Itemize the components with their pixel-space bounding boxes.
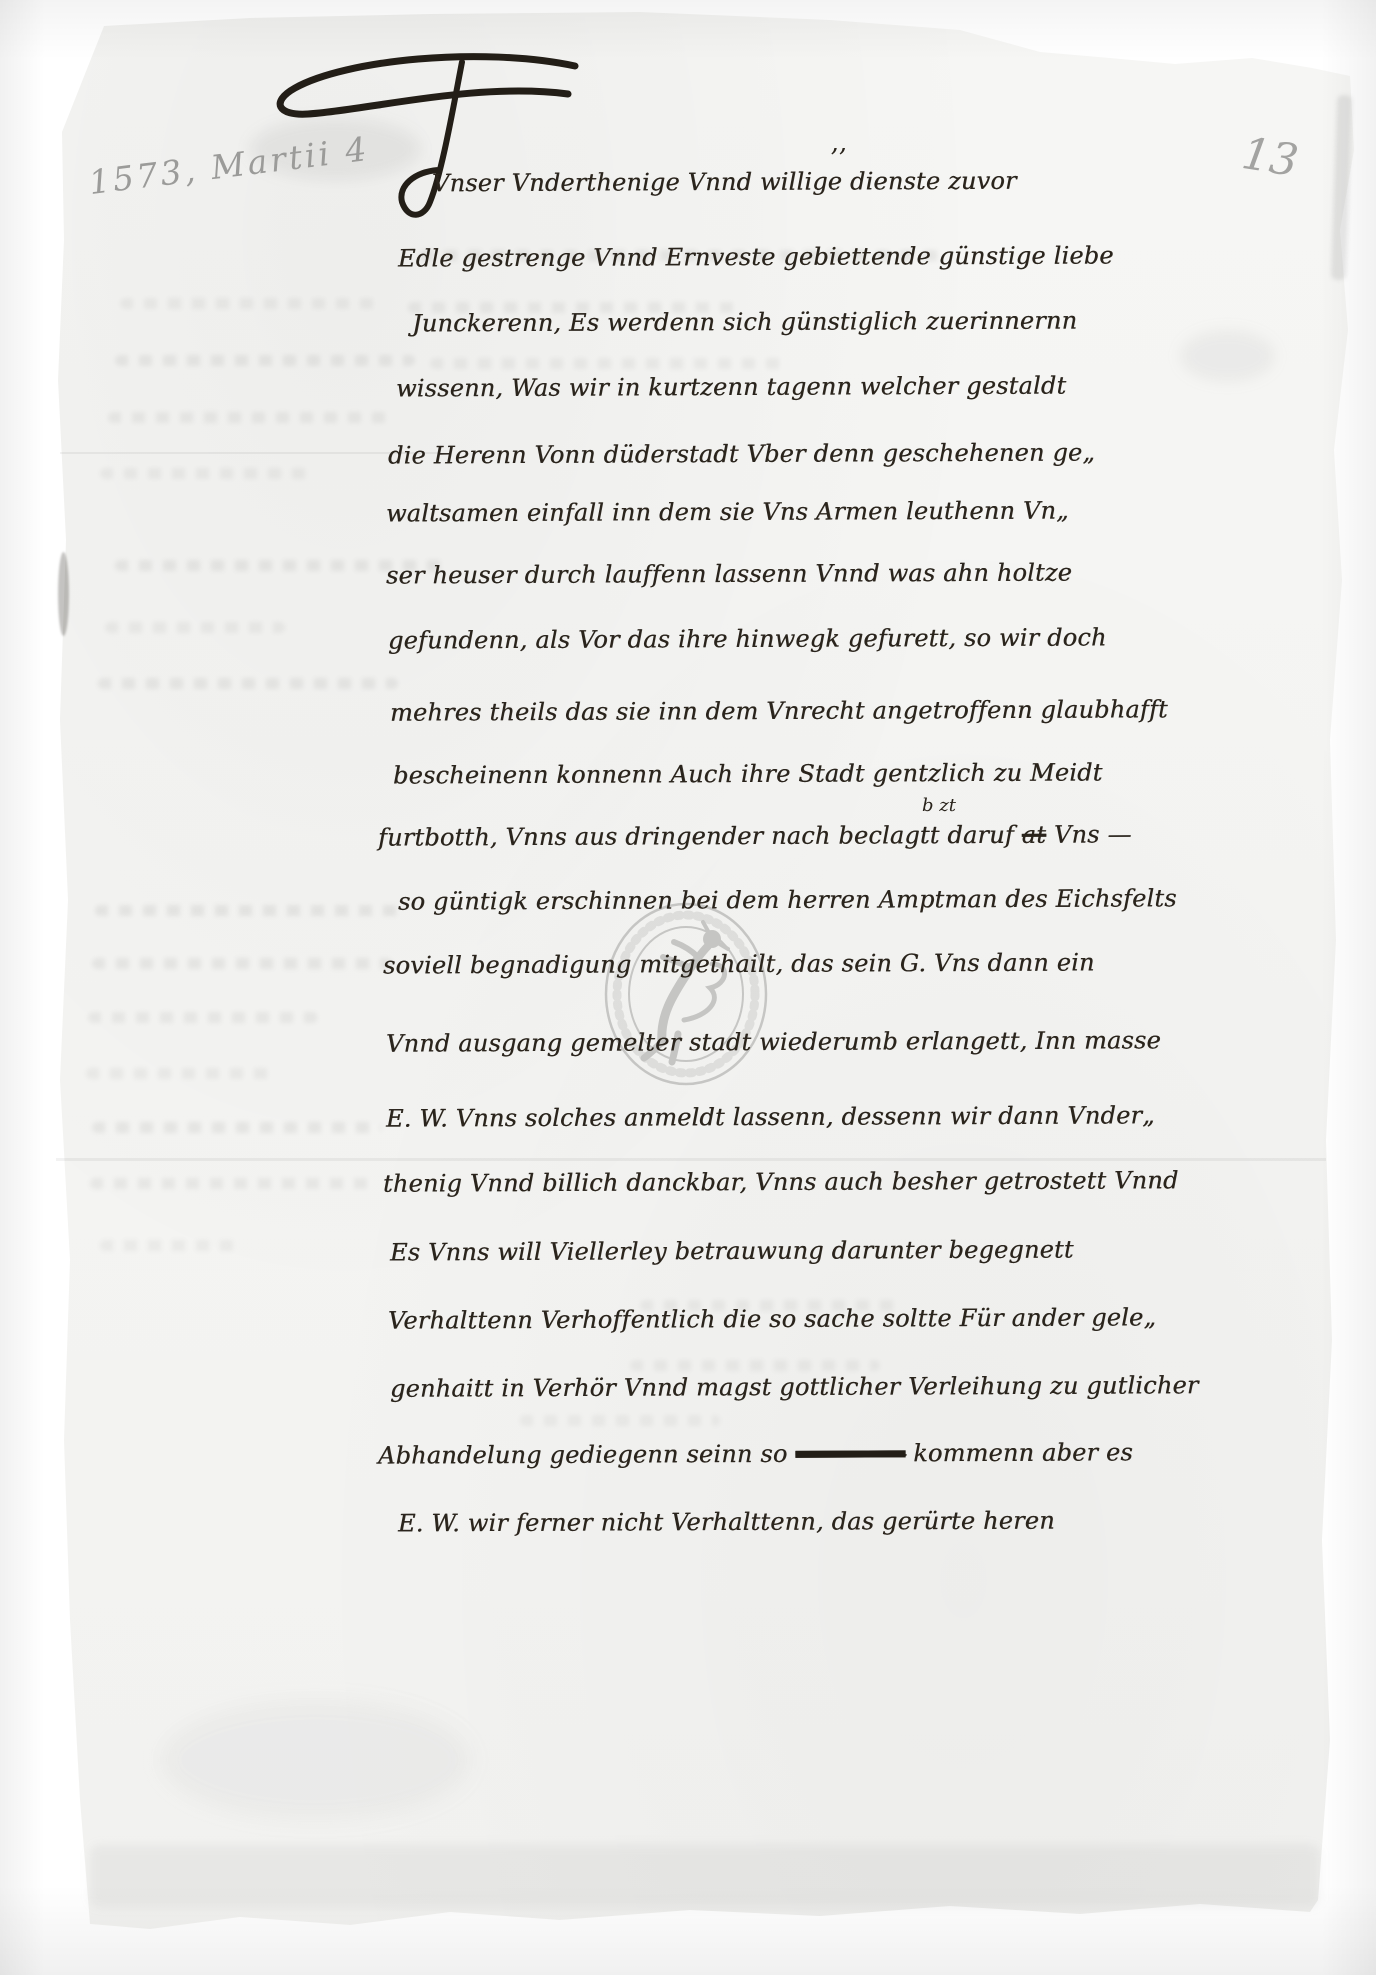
manuscript-line: bescheinenn konnenn Auch ihre Stadt gent… [393,758,1103,789]
ink-bleedthrough [630,1360,880,1371]
ink-bleedthrough [90,1178,370,1189]
ink-bleedthrough [100,468,310,479]
manuscript-line: Junckerenn, Es werdenn sich günstiglich … [412,307,1077,338]
line-text: Vns — [1046,820,1132,848]
manuscript-line: Edle gestrenge Vnnd Ernveste gebiettende… [398,241,1114,272]
ink-bleedthrough [108,412,388,423]
ink-bleedthrough [92,1122,382,1133]
ink-bleedthrough [95,905,405,916]
manuscript-line: genhaitt in Verhör Vnnd magst gottlicher… [390,1371,1199,1403]
manuscript-line: Vnnd ausgang gemelter stadt wiederumb er… [386,1026,1161,1057]
line-text: Abhandelung gediegenn seinn so [378,1440,795,1470]
manuscript-line: soviell begnadigung mitgethailt, das sei… [383,948,1095,979]
line-text: kommenn aber es [905,1438,1133,1467]
paper-crease [60,452,440,454]
manuscript-scan: { "page": { "folio_number": "13", "date_… [0,0,1376,1975]
paper-bottom-band [90,1845,1320,1907]
manuscript-line: ser heuser durch lauffenn lassenn Vnnd w… [386,559,1072,590]
ink-bleedthrough [86,1068,276,1079]
manuscript-line: mehres theils das sie inn dem Vnrecht an… [390,695,1168,726]
manuscript-line: waltsamen einfall inn dem sie Vns Armen … [386,497,1069,528]
flourish-marks: ’’ [830,144,847,174]
manuscript-line: thenig Vnnd billich danckbar, Vnns auch … [383,1166,1179,1197]
manuscript-line-with-cancellation: Abhandelung gediegenn seinn so ————— kom… [378,1438,1133,1469]
ink-bleedthrough [100,1240,240,1251]
edge-ink-smudge [58,552,69,636]
manuscript-line: so güntigk erschinnen bei dem herren Amp… [398,884,1177,915]
manuscript-line: die Herenn Vonn düderstadt Vber denn ges… [388,438,1095,469]
paper-crease [56,1158,1326,1161]
lion-rampant-archive-stamp-icon [598,896,774,1092]
ink-bleedthrough [88,1012,318,1023]
ink-bleedthrough [98,678,398,689]
ink-bleedthrough [115,355,415,366]
manuscript-line: Vnser Vnderthenige Vnnd willige dienste … [432,167,1017,198]
manuscript-line: wissenn, Was wir in kurtzenn tagenn welc… [396,372,1066,403]
manuscript-line: Verhalttenn Verhoffentlich die so sache … [388,1303,1156,1334]
interlinear-insertion: b zt [922,795,956,816]
ink-bleedthrough [430,358,790,369]
paper-stain [160,1700,470,1820]
ink-bleedthrough [105,622,285,633]
manuscript-line: Es Vnns will Viellerley betrauwung darun… [390,1236,1074,1267]
ink-bleedthrough [92,958,392,969]
folio-number: 13 [1238,128,1301,187]
manuscript-line: E. W. Vnns solches anmeldt lassenn, dess… [386,1101,1155,1132]
manuscript-line: E. W. wir ferner nicht Verhalttenn, das … [398,1507,1055,1538]
cancelled-word: ————— [795,1439,905,1467]
manuscript-line: gefundenn, als Vor das ihre hinwegk gefu… [388,623,1107,654]
ink-bleedthrough [520,1415,720,1426]
manuscript-line-with-correction: furtbotth, Vnns aus dringender nach becl… [378,820,1132,851]
line-text: furtbotth, Vnns aus dringender nach becl… [378,821,1022,852]
ink-bleedthrough [120,298,380,309]
struck-word: at [1022,821,1046,849]
paper-stain [1180,330,1275,382]
